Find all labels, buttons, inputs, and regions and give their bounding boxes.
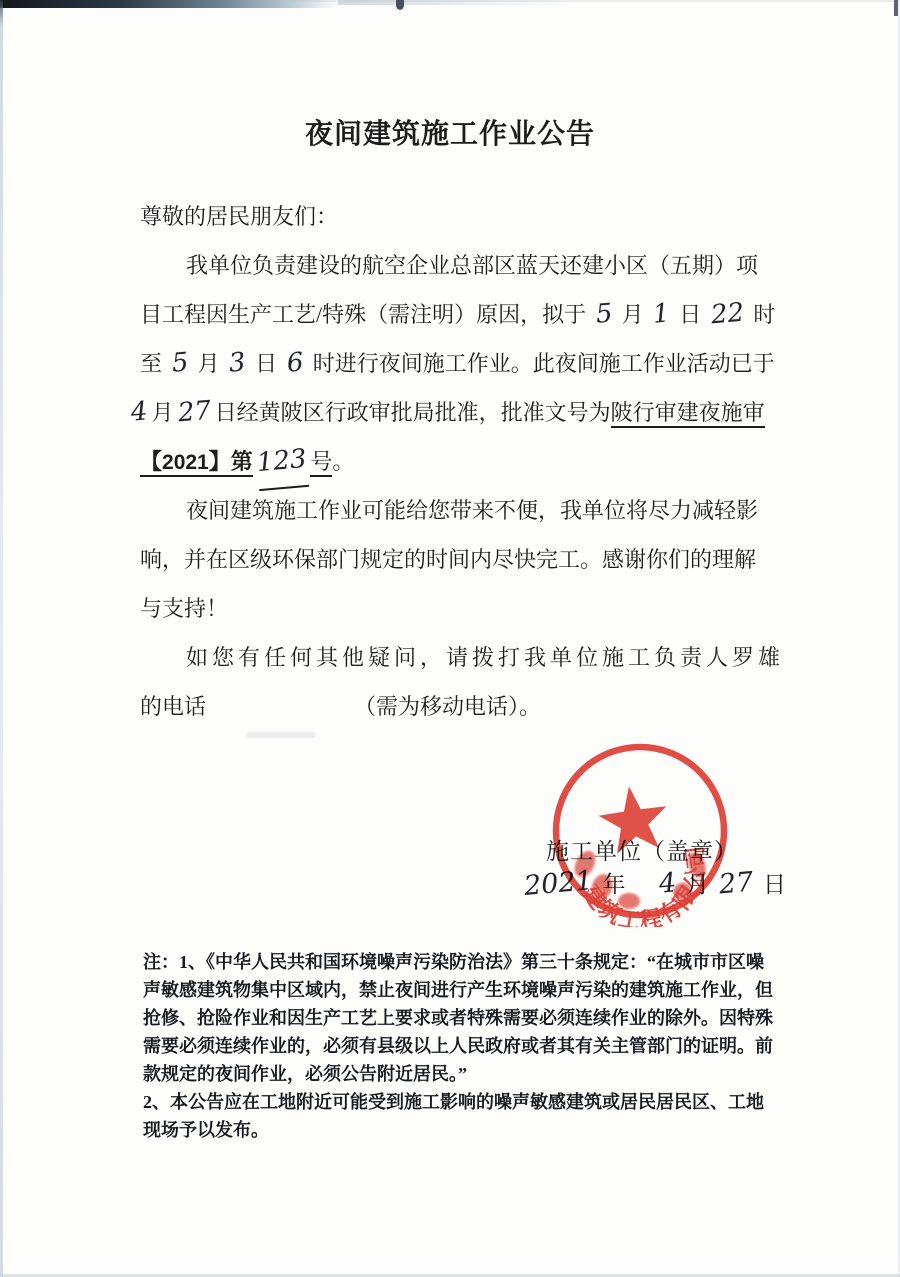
underlined-number: 2021 xyxy=(162,451,209,477)
underlined-text: 】第 xyxy=(209,449,253,477)
body-line: 与支持！ xyxy=(140,584,770,633)
handwritten-number: 3 xyxy=(227,338,248,388)
note-line: 抢修、抢险作业和因生产工艺上要求或者特殊需要必须连续作业的除外。因特殊 xyxy=(143,1004,803,1032)
handwritten-number: 6 xyxy=(285,338,306,388)
handwritten-number: 123 xyxy=(255,435,309,491)
printed-text: 月 xyxy=(192,351,225,376)
body-line: 如您有任何其他疑问，请拨打我单位施工负责人罗雄 xyxy=(140,633,770,682)
underlined-text: 号 xyxy=(310,449,332,477)
underlined-text: 陂行审建夜施审 xyxy=(611,400,765,428)
printed-text: 如您有任何其他疑问，请拨打我单位施工负责人罗雄 xyxy=(186,645,784,670)
scan-artifact-top-fade xyxy=(338,0,568,5)
printed-text: 至 xyxy=(140,351,168,376)
notice-body: 尊敬的居民朋友们：我单位负责建设的航空企业总部区蓝天还建小区（五期）项目工程因生… xyxy=(140,192,770,731)
printed-text: 我单位负责建设的航空企业总部区蓝天还建小区（五期）项 xyxy=(186,253,758,278)
body-line: 尊敬的居民朋友们： xyxy=(140,192,770,241)
note-line: 声敏感建筑物集中区域内，禁止夜间进行产生环境噪声污染的建筑施工作业，但 xyxy=(143,976,803,1004)
printed-text: 夜间建筑施工作业可能给您带来不便，我单位将尽力减轻影 xyxy=(186,498,758,523)
seal-star-icon xyxy=(595,782,672,856)
body-line: 我单位负责建设的航空企业总部区蓝天还建小区（五期）项 xyxy=(140,241,770,290)
printed-text: 与支持！ xyxy=(140,596,228,621)
handwritten-number: 4 xyxy=(129,387,150,437)
note-line: 现场予以发布。 xyxy=(143,1116,803,1144)
underlined-text: 【 xyxy=(140,449,162,477)
printed-text: 日经黄陂区行政审批局批准，批准文号为 xyxy=(215,400,611,425)
printed-text: 目工程因生产工艺/特殊（需注明）原因，拟于 xyxy=(140,302,592,327)
scanned-notice-page: 夜间建筑施工作业公告 尊敬的居民朋友们：我单位负责建设的航空企业总部区蓝天还建小… xyxy=(0,0,900,1277)
body-line: 至 5 月 3 日 6 时进行夜间施工作业。此夜间施工作业活动已于 xyxy=(140,339,770,388)
body-line: 的电话（需为移动电话）。 xyxy=(140,682,770,731)
scan-artifact-tick xyxy=(396,0,404,10)
printed-text: 月 xyxy=(616,302,649,327)
body-line: 响，并在区级环保部门规定的时间内尽快完工。感谢你们的理解 xyxy=(140,535,770,584)
note-line: 需要必须连续作业的，必须有县级以上人民政府或者其有关主管部门的证明。前 xyxy=(143,1032,803,1060)
scan-artifact-top-bar xyxy=(0,0,338,8)
note-line: 注：1、《中华人民共和国环境噪声污染防治法》第三十条规定：“在城市市区噪 xyxy=(143,948,803,976)
printed-text: 尊敬的居民朋友们： xyxy=(140,204,338,229)
printed-text: 时进行夜间施工作业。此夜间施工作业活动已于 xyxy=(307,351,775,376)
body-line: 目工程因生产工艺/特殊（需注明）原因，拟于 5 月 1 日 22 时 xyxy=(140,290,770,339)
handwritten-number: 22 xyxy=(709,289,746,341)
printed-text: 响，并在区级环保部门规定的时间内尽快完工。感谢你们的理解 xyxy=(140,547,756,572)
handwritten-number: 5 xyxy=(169,338,190,388)
printed-text: （需为移动电话）。 xyxy=(354,694,541,719)
day-unit: 日 xyxy=(763,872,786,897)
body-line: 4月27日经黄陂区行政审批局批准，批准文号为陂行审建夜施审 xyxy=(127,388,770,437)
note-line: 款规定的夜间作业，必须公告附近居民。” xyxy=(143,1060,803,1088)
note-line: 2、本公告应在工地附近可能受到施工影响的噪声敏感建筑或居民居民区、工地 xyxy=(143,1088,803,1116)
printed-text: 时 xyxy=(748,302,776,327)
body-line: 【2021】第123号。 xyxy=(140,437,770,486)
handwritten-number: 27 xyxy=(175,387,212,439)
company-seal-stamp: 建筑工程有限公司 xyxy=(545,737,735,927)
handwritten-number: 5 xyxy=(594,289,615,339)
scan-edge-left xyxy=(0,0,3,1277)
printed-text: 日 xyxy=(674,302,707,327)
handwritten-number: 1 xyxy=(651,289,672,339)
printed-text: 月 xyxy=(152,400,174,425)
printed-text: 日 xyxy=(250,351,283,376)
page-title: 夜间建筑施工作业公告 xyxy=(0,112,900,152)
printed-text: 的电话 xyxy=(140,694,206,719)
body-line: 夜间建筑施工作业可能给您带来不便，我单位将尽力减轻影 xyxy=(140,486,770,535)
printed-text: 。 xyxy=(332,449,354,474)
footnotes: 注：1、《中华人民共和国环境噪声污染防治法》第三十条规定：“在城市市区噪声敏感建… xyxy=(143,948,803,1144)
